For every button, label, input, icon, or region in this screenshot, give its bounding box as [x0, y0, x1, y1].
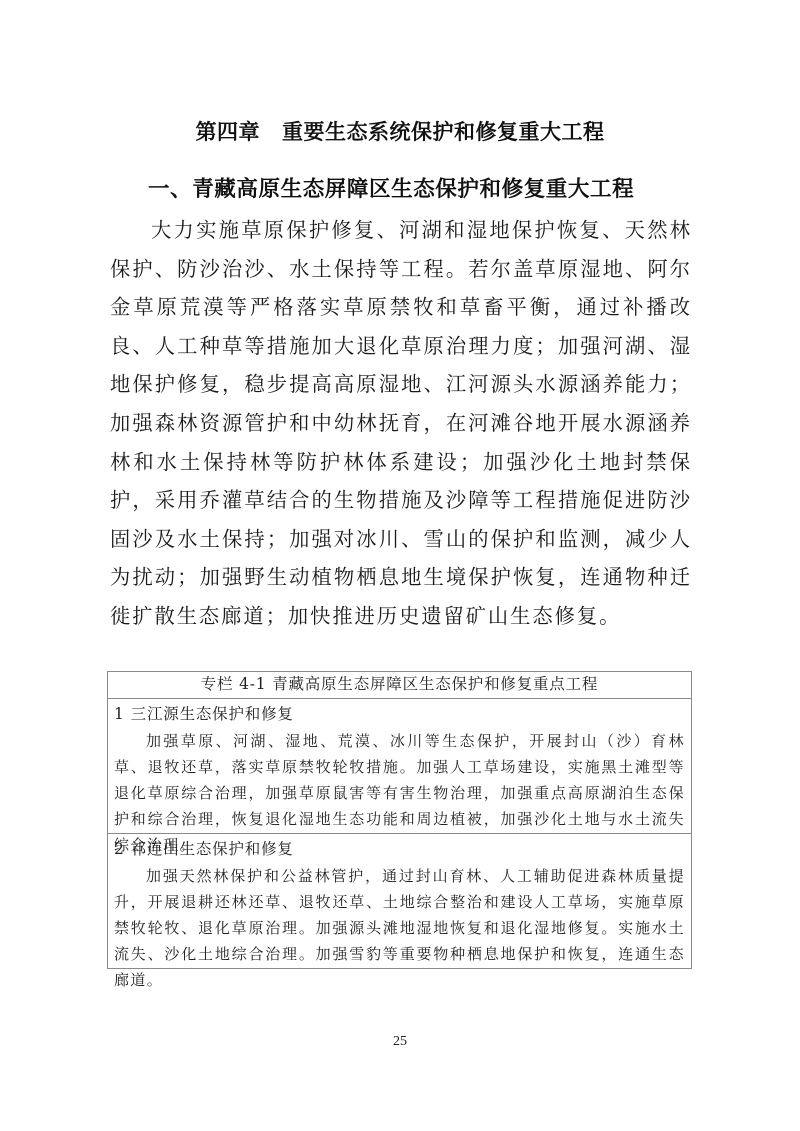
chapter-number-label: 第四章 [196, 119, 261, 144]
feature-box-item: 1三江源生态保护和修复 加强草原、河湖、湿地、荒漠、冰川等生态保护，开展封山（沙… [108, 699, 691, 834]
feature-box: 专栏 4-1 青藏高原生态屏障区生态保护和修复重点工程 1三江源生态保护和修复 … [107, 671, 692, 969]
document-page: 第四章重要生态系统保护和修复重大工程 一、青藏高原生态屏障区生态保护和修复重大工… [0, 0, 800, 1131]
feature-box-item-text: 加强天然林保护和公益林管护，通过封山育林、人工辅助促进森林质量提升，开展退耕还林… [114, 863, 685, 993]
page-number: 25 [0, 1034, 800, 1050]
feature-box-title: 专栏 4-1 青藏高原生态屏障区生态保护和修复重点工程 [108, 672, 691, 699]
item-number: 2 [114, 840, 125, 858]
feature-box-item: 2祁连山生态保护和修复 加强天然林保护和公益林管护，通过封山育林、人工辅助促进森… [108, 834, 691, 968]
item-heading-text: 祁连山生态保护和修复 [131, 840, 294, 858]
feature-box-item-heading: 2祁连山生态保护和修复 [114, 836, 685, 863]
chapter-title: 第四章重要生态系统保护和修复重大工程 [0, 116, 800, 146]
item-number: 1 [114, 705, 125, 723]
item-heading-text: 三江源生态保护和修复 [131, 705, 294, 723]
body-paragraph: 大力实施草原保护修复、河湖和湿地保护恢复、天然林保护、防沙治沙、水土保持等工程。… [110, 211, 692, 636]
feature-box-item-heading: 1三江源生态保护和修复 [114, 701, 685, 728]
section-heading: 一、青藏高原生态屏障区生态保护和修复重大工程 [148, 172, 634, 203]
chapter-title-text: 重要生态系统保护和修复重大工程 [282, 119, 605, 144]
